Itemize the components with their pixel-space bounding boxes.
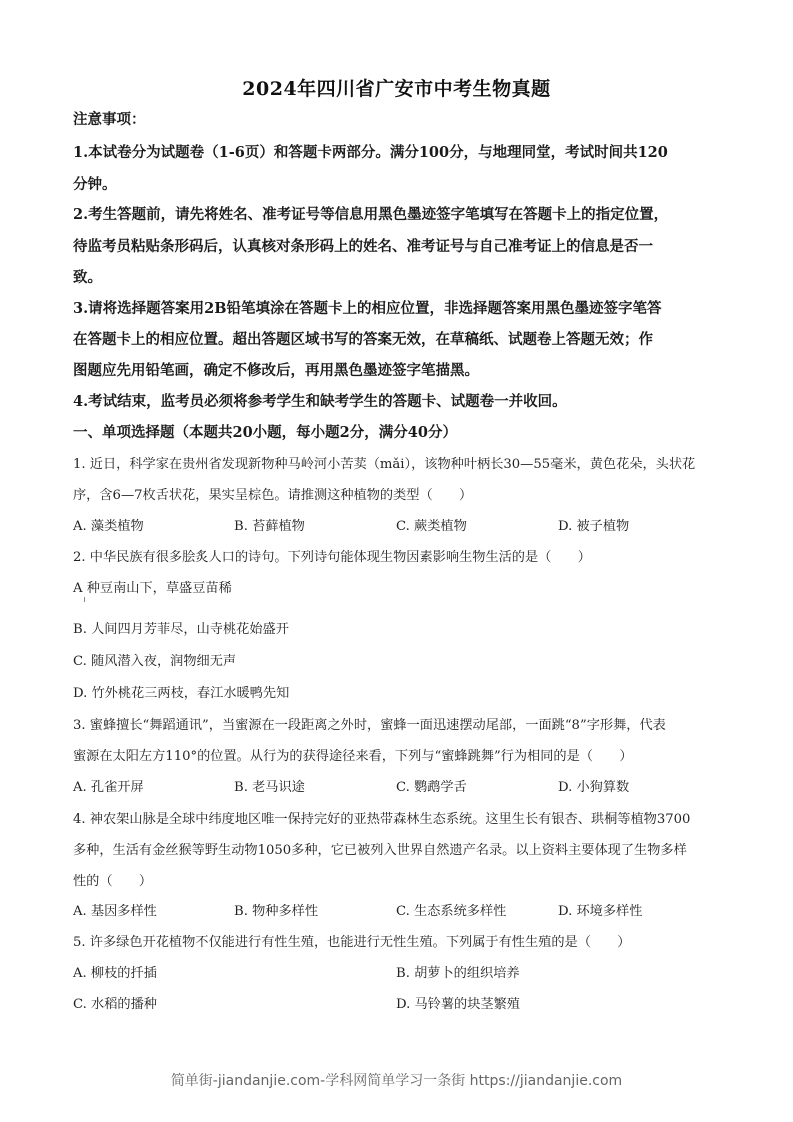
option-d: D. 环境多样性: [558, 900, 642, 919]
question-text: 多种，生活有金丝猴等野生动物1050多种，它已被列入世界自然遗产名录。以上资料主…: [73, 839, 687, 858]
page-title: 2024年四川省广安市中考生物真题: [0, 74, 793, 101]
question-text: 5. 许多绿色开花植物不仅能进行有性生殖，也能进行无性生殖。下列属于有性生殖的是…: [73, 931, 630, 950]
notice-line: 待监考员粘贴条形码后，认真核对条形码上的姓名、准考证号与自己准考证上的信息是否一: [73, 235, 653, 256]
notice-line: 4.考试结束，监考员必须将参考学生和缺考学生的答题卡、试题卷一并收回。: [73, 390, 567, 411]
option-a: A 种豆南山下，草盛豆苗稀: [73, 577, 232, 596]
option-b: B. 老马识途: [234, 776, 305, 795]
option-b: B. 胡萝卜的组织培养: [396, 962, 520, 981]
option-b: B. 苔藓植物: [234, 515, 305, 534]
option-c: C. 水稻的播种: [73, 993, 157, 1012]
notice-line: 1.本试卷分为试题卷（1-6页）和答题卡两部分。满分100分，与地理同堂，考试时…: [73, 141, 668, 162]
watermark-footer: 简单街-jiandanjie.com-学科网简单学习一条街 https://ji…: [0, 1070, 793, 1090]
question-text: 蜜源在太阳左方110°的位置。从行为的获得途径来看，下列与“蜜蜂跳舞”行为相同的…: [73, 745, 633, 764]
option-b: B. 人间四月芳菲尽，山寺桃花始盛开: [73, 618, 289, 637]
stray-mark: [84, 597, 85, 602]
question-text: 序，含6—7枚舌状花，果实呈棕色。请推测这种植物的类型（ ）: [73, 484, 472, 503]
option-c: C. 鹦鹉学舌: [396, 776, 467, 795]
option-d: D. 小狗算数: [558, 776, 629, 795]
notice-line: 3.请将选择题答案用2B铅笔填涂在答题卡上的相应位置，非选择题答案用黑色墨迹签字…: [73, 297, 661, 318]
notice-line: 图题应先用铅笔画，确定不修改后，再用黑色墨迹签字笔描黑。: [73, 359, 479, 380]
option-c: C. 蕨类植物: [396, 515, 467, 534]
option-c: C. 随风潜入夜，润物细无声: [73, 650, 236, 669]
question-text: 1. 近日，科学家在贵州省发现新物种马岭河小苦荬（mǎi），该物种叶柄长30—5…: [73, 453, 695, 472]
notice-line: 致。: [73, 266, 102, 287]
question-text: 3. 蜜蜂擅长“舞蹈通讯”，当蜜源在一段距离之外时，蜜蜂一面迅速摆动尾部，一面跳…: [73, 714, 666, 733]
option-d: D. 被子植物: [558, 515, 629, 534]
option-c: C. 生态系统多样性: [396, 900, 506, 919]
option-d: D. 马铃薯的块茎繁殖: [396, 993, 520, 1012]
section-heading: 一、单项选择题（本题共20小题，每小题2分，满分40分）: [73, 421, 457, 442]
notice-heading: 注意事项：: [73, 108, 146, 129]
notice-line: 在答题卡上的相应位置。超出答题区域书写的答案无效，在草稿纸、试题卷上答题无效；作: [73, 328, 653, 349]
question-text: 4. 神农架山脉是全球中纬度地区唯一保持完好的亚热带森林生态系统。这里生长有银杏…: [73, 808, 690, 827]
notice-line: 分钟。: [73, 173, 117, 194]
question-text: 2. 中华民族有很多脍炙人口的诗句。下列诗句能体现生物因素影响生物生活的是（ ）: [73, 546, 591, 565]
option-d: D. 竹外桃花三两枝，春江水暖鸭先知: [73, 682, 289, 701]
option-a: A. 藻类植物: [73, 515, 144, 534]
notice-line: 2.考生答题前，请先将姓名、准考证号等信息用黑色墨迹签字笔填写在答题卡上的指定位…: [73, 203, 668, 224]
option-a: A. 孔雀开屏: [73, 776, 144, 795]
option-a: A. 基因多样性: [73, 900, 157, 919]
option-a: A. 柳枝的扦插: [73, 962, 157, 981]
option-b: B. 物种多样性: [234, 900, 318, 919]
question-text: 性的（ ）: [73, 870, 152, 889]
